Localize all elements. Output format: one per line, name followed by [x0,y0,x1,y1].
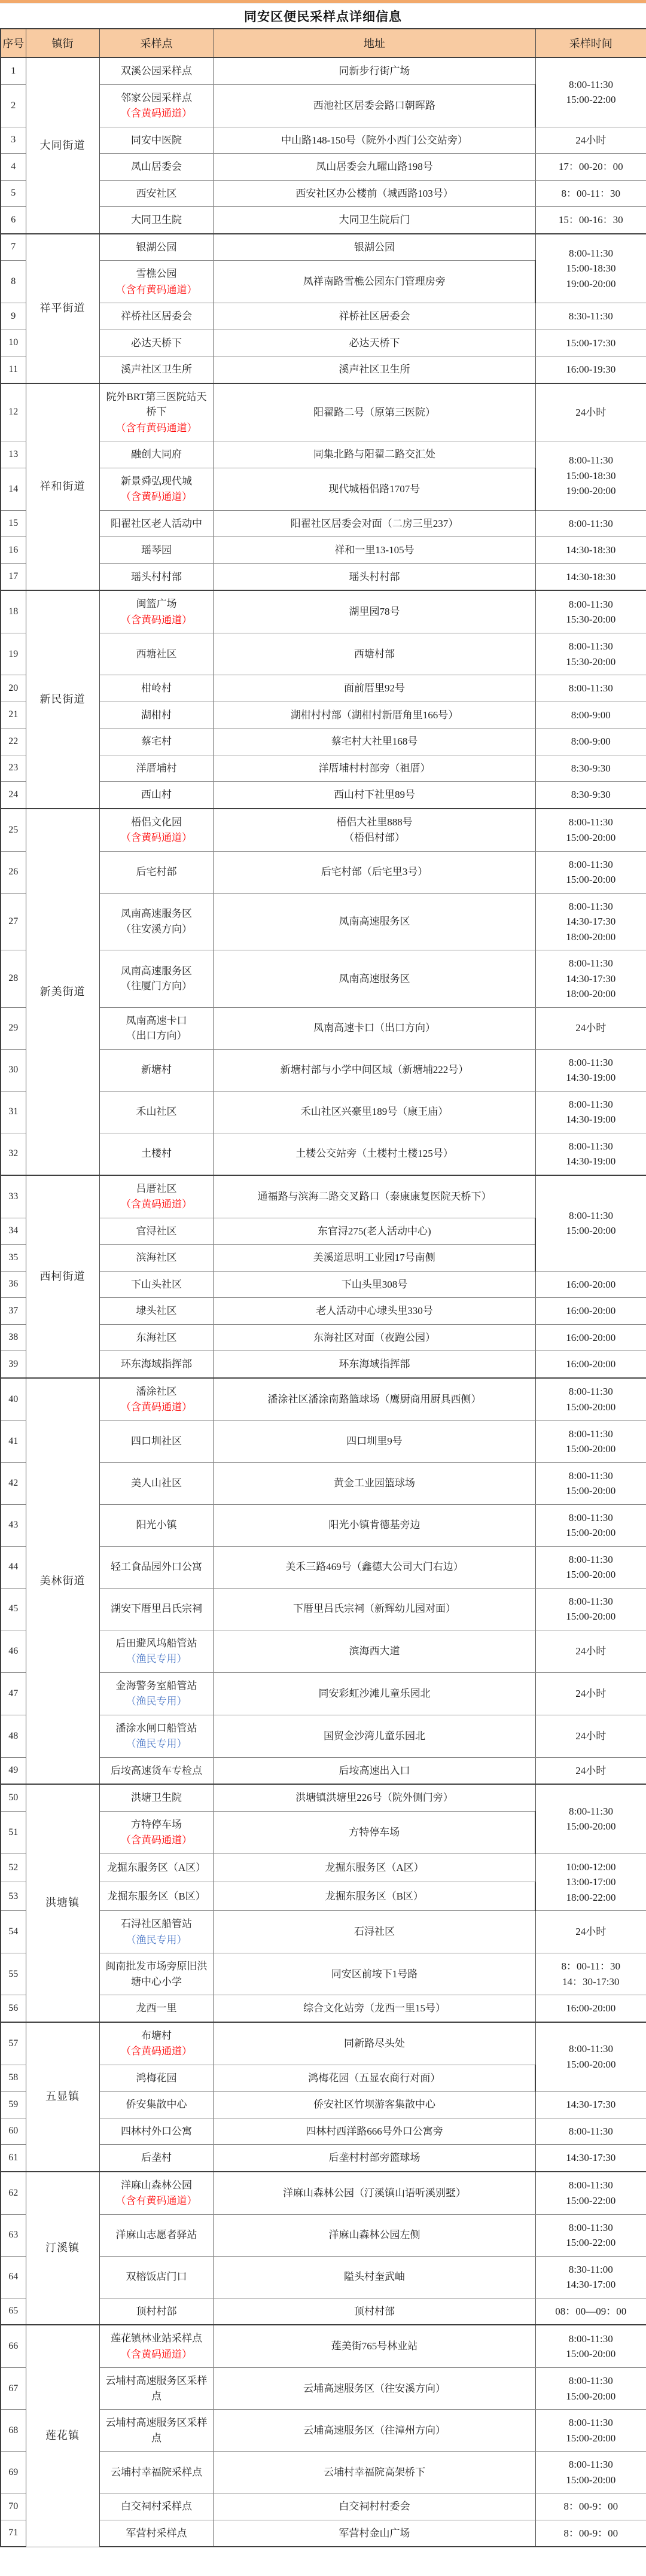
cell-site: 雪樵公园（含有黄码通道） [99,261,214,303]
address-text: 禾山社区兴豪里189号（康王庙） [219,1104,531,1120]
cell-address: 莲美街765号林业站 [214,2325,535,2368]
site-note: （含黄码通道） [105,1833,209,1848]
cell-row-number: 64 [1,2256,26,2298]
site-name: 凤南高速卡口 （出口方向） [105,1013,209,1044]
site-name: 美人山社区 [105,1476,209,1491]
cell-time: 8:00-11:30 15:30-20:00 [535,590,646,633]
time-text: 8:00-11:30 15:00-20:00 [541,1594,642,1624]
cell-site: 下山头社区 [99,1271,214,1298]
time-text: 24小时 [541,405,642,420]
cell-time: 8:00-11:30 15:00-20:00 [535,851,646,893]
cell-address: 梧侣大社里888号 （梧侣村部） [214,809,535,852]
cell-address: 同安彩虹沙滩儿童乐园北 [214,1672,535,1715]
cell-time: 8:00-11:30 14:30-17:30 18:00-20:00 [535,893,646,950]
site-name: 洪塘卫生院 [105,1790,209,1806]
cell-site: 洋麻山森林公园（含有黄码通道） [99,2172,214,2215]
cell-site: 埭头社区 [99,1298,214,1325]
cell-address: 西塘村部 [214,633,535,675]
cell-site: 禾山社区 [99,1091,214,1133]
cell-row-number: 50 [1,1784,26,1811]
cell-row-number: 25 [1,809,26,852]
cell-row-number: 41 [1,1420,26,1462]
table-row: 62汀溪镇洋麻山森林公园（含有黄码通道）洋麻山森林公园（汀溪镇山语听溪别墅）8:… [1,2172,646,2215]
cell-row-number: 31 [1,1091,26,1133]
cell-address: 洪塘镇洪塘里226号（院外侧门旁） [214,1784,535,1811]
cell-time: 8:00-11:30 15:00-20:00 [535,1784,646,1853]
cell-row-number: 15 [1,510,26,537]
cell-time: 8:00-11:30 14:30-19:00 [535,1091,646,1133]
cell-site: 顶村村部 [99,2298,214,2325]
cell-site: 柑岭村 [99,675,214,702]
cell-row-number: 22 [1,728,26,755]
cell-row-number: 67 [1,2368,26,2410]
cell-address: 龙掘东服务区（B区） [214,1882,535,1911]
site-name: 梧侣文化园 [105,815,209,830]
cell-time: 8:00-11:30 15:00-20:00 [535,2325,646,2368]
cell-address: 洋厝埔村村部旁（祖厝） [214,755,535,782]
site-note: （含黄码通道） [105,2347,209,2362]
time-text: 24小时 [541,1020,642,1036]
cell-site: 布塘村（含黄码通道） [99,2022,214,2065]
cell-row-number: 43 [1,1504,26,1546]
address-text: 云埔村幸福院高架桥下 [219,2465,531,2480]
cell-address: 东官浔275(老人活动中心) [214,1218,535,1245]
time-text: 8:00-11:30 15:00-22:00 [541,2178,642,2208]
cell-time: 8:00-9:00 [535,702,646,728]
cell-time: 8:00-11:30 15:00-20:00 [535,2022,646,2092]
time-text: 8:00-11:30 15:00-22:00 [541,77,641,108]
cell-time: 16:00-20:00 [535,1995,646,2022]
address-text: 云埔高速服务区（往安溪方向） [219,2381,531,2397]
address-text: 西安社区办公楼前（城西路103号） [219,186,531,202]
cell-row-number: 3 [1,127,26,154]
cell-time: 8:00-11:30 15:00-22:00 [535,2172,646,2215]
address-text: 土楼公交站旁（土楼村土楼125号） [219,1146,531,1162]
cell-row-number: 58 [1,2065,26,2092]
cell-row-number: 17 [1,563,26,590]
site-name: 吕厝社区 [105,1181,209,1197]
time-text: 8:00-11:30 14:30-19:00 [541,1097,642,1127]
site-name: 滨海社区 [105,1250,209,1266]
cell-row-number: 52 [1,1853,26,1882]
address-text: 潘涂社区潘涂南路篮球场（鹰厨商用厨具西侧） [219,1392,531,1407]
cell-time: 8:00-11:30 15:00-20:00 [535,1504,646,1546]
cell-time: 8:00-11:30 15:30-20:00 [535,633,646,675]
cell-address: 阳光小镇肯德基旁边 [214,1504,535,1546]
time-text: 10:00-12:00 13:00-17:00 18:00-22:00 [541,1859,641,1906]
cell-time: 8:00-11:30 15:00-20:00 [535,2452,646,2493]
cell-site: 洪塘卫生院 [99,1784,214,1811]
cell-address: 西池社区居委会路口朝晖路 [214,84,535,127]
time-text: 8:00-11:30 15:00-20:00 [541,1804,641,1834]
cell-time: 8:00-11:30 15:00-20:00 [535,2368,646,2410]
cell-address: 鸿梅花园（五显农商行对面） [214,2065,535,2092]
address-text: 后宅村部（后宅里3号） [219,864,531,880]
cell-town: 汀溪镇 [26,2172,99,2325]
address-text: 老人活动中心埭头里330号 [219,1303,531,1319]
cell-site: 龙西一里 [99,1995,214,2022]
cell-site: 美人山社区 [99,1462,214,1504]
page-title: 同安区便民采样点详细信息 [244,7,402,25]
cell-address: 滨海西大道 [214,1630,535,1672]
cell-time: 8:00-11:30 15:00-22:00 [535,57,646,127]
address-text: 凤山居委会九曜山路198号 [219,159,531,175]
time-text: 14:30-18:30 [541,569,642,585]
table-row: 57五显镇布塘村（含黄码通道）同新路尽头处8:00-11:30 15:00-20… [1,2022,646,2065]
site-name: 潘涂社区 [105,1384,209,1400]
cell-site: 滨海社区 [99,1245,214,1272]
cell-time: 24小时 [535,1630,646,1672]
site-name: 雪樵公园 [105,266,209,282]
cell-site: 后垄村 [99,2145,214,2172]
cell-town: 洪塘镇 [26,1784,99,2022]
cell-time: 24小时 [535,1672,646,1715]
site-name: 布塘村 [105,2028,209,2044]
address-text: 隘头村奎武岫 [219,2269,531,2285]
site-name: 洋麻山志愿者驿站 [105,2227,209,2243]
cell-site: 轻工食品园外口公寓 [99,1546,214,1588]
site-name: 湖柑村 [105,708,209,723]
address-text: 滨海西大道 [219,1644,531,1659]
time-text: 24小时 [541,1644,642,1659]
address-text: 四林村西洋路666号外口公寓旁 [219,2124,531,2139]
cell-time: 8:00-11:30 15:00-20:00 [535,1588,646,1630]
site-name: 洋麻山森林公园 [105,2178,209,2193]
site-name: 阳光小镇 [105,1517,209,1533]
cell-site: 龙掘东服务区（B区） [99,1882,214,1911]
site-name: 土楼村 [105,1146,209,1162]
cell-site: 西塘社区 [99,633,214,675]
site-name: 凤南高速服务区 （往安溪方向） [105,906,209,937]
cell-site: 潘涂水闸口船管站（渔民专用） [99,1715,214,1757]
cell-address: 侨安社区竹坝游客集散中心 [214,2092,535,2118]
site-name: 下山头社区 [105,1277,209,1292]
time-text: 8:00-11:30 15:00-20:00 [541,1384,642,1414]
cell-address: 美禾三路469号（鑫德大公司大门右边） [214,1546,535,1588]
site-name: 后垄村 [105,2150,209,2166]
cell-address: 凤南高速卡口（出口方向） [214,1007,535,1049]
cell-site: 云埔村幸福院采样点 [99,2452,214,2493]
time-text: 8:00-11:30 15:30-20:00 [541,597,642,627]
cell-site: 湖柑村 [99,702,214,728]
cell-site: 洋厝埔村 [99,755,214,782]
time-text: 8:00-11:30 15:00-20:00 [541,1468,642,1499]
address-text: 国贸金沙湾儿童乐园北 [219,1728,531,1744]
cell-time: 8:00-11:30 [535,675,646,702]
address-text: 阳翟社区居委会对面（二房三里237） [219,516,531,532]
cell-time: 8:30-11:30 [535,303,646,330]
table-row: 18新民街道闽篮广场（含黄码通道）湖里园78号8:00-11:30 15:30-… [1,590,646,633]
time-text: 8:00-11:30 14:30-19:00 [541,1139,642,1169]
cell-time: 8:00-9:00 [535,728,646,755]
cell-row-number: 10 [1,330,26,356]
time-text: 8：00-11：30 14：30-17:30 [541,1959,642,1989]
cell-time: 16:00-20:00 [535,1324,646,1351]
time-text: 8:30-11:00 14:30-17:00 [541,2262,642,2293]
cell-site: 祥桥社区居委会 [99,303,214,330]
time-text: 8:00-11:30 15:00-18:30 19:00-20:00 [541,453,641,499]
time-text: 24小时 [541,1924,642,1940]
cell-row-number: 55 [1,1953,26,1995]
cell-site: 洋麻山志愿者驿站 [99,2214,214,2256]
cell-site: 同安中医院 [99,127,214,154]
col-header-site: 采样点 [99,29,214,57]
site-name: 凤南高速服务区 （往厦门方向） [105,964,209,994]
table-body: 1大同街道双溪公园采样点同新步行街广场8:00-11:30 15:00-22:0… [1,57,646,2547]
time-text: 24小时 [541,1728,642,1744]
col-header-time: 采样时间 [535,29,646,57]
cell-address: 云埔村幸福院高架桥下 [214,2452,535,2493]
cell-town: 美林街道 [26,1378,99,1785]
cell-address: 龙掘东服务区（A区） [214,1853,535,1882]
site-name: 双榕饭店门口 [105,2269,209,2285]
cell-address: 同安区前垵下1号路 [214,1953,535,1995]
address-text: 银湖公园 [219,240,531,255]
table-header: 序号 镇街 采样点 地址 采样时间 [1,29,646,57]
cell-time: 8:00-11:30 [535,2118,646,2145]
address-text: 凤南高速服务区 [219,971,531,987]
site-name: 新塘村 [105,1062,209,1078]
cell-row-number: 54 [1,1911,26,1953]
time-text: 16:00-19:30 [541,362,642,377]
time-text: 8:00-11:30 15:00-20:00 [541,1208,641,1239]
cell-site: 鸿梅花园 [99,2065,214,2092]
cell-row-number: 13 [1,441,26,468]
cell-row-number: 38 [1,1324,26,1351]
site-name: 大同卫生院 [105,212,209,228]
site-name: 军营村采样点 [105,2526,209,2541]
cell-address: 土楼公交站旁（土楼村土楼125号） [214,1133,535,1175]
cell-row-number: 32 [1,1133,26,1175]
site-name: 后宅村部 [105,864,209,880]
cell-time: 8:00-11:30 15:00-20:00 [535,1378,646,1421]
address-text: 湖里园78号 [219,604,531,620]
address-text: 龙掘东服务区（A区） [219,1860,531,1876]
cell-time: 24小时 [535,383,646,441]
site-name: 东海社区 [105,1330,209,1346]
site-name: 凤山居委会 [105,159,209,175]
cell-row-number: 65 [1,2298,26,2325]
cell-time: 8:00-11:30 [535,510,646,537]
cell-time: 8:00-11:30 15:00-20:00 [535,1420,646,1462]
time-text: 8:00-11:30 15:00-20:00 [541,1552,642,1583]
cell-row-number: 39 [1,1351,26,1378]
cell-address: 顶村村部 [214,2298,535,2325]
cell-address: 潘涂社区潘涂南路篮球场（鹰厨商用厨具西侧） [214,1378,535,1421]
cell-site: 湖安下厝里吕氏宗祠 [99,1588,214,1630]
time-text: 8:00-11:30 15:30-20:00 [541,639,642,669]
cell-site: 瑶头村村部 [99,563,214,590]
cell-address: 方特停车场 [214,1811,535,1853]
site-name: 云埔村高速服务区采样点 [105,2415,209,2446]
cell-address: 四口圳里9号 [214,1420,535,1462]
cell-site: 梧侣文化园（含黄码通道） [99,809,214,852]
address-text: 必达天桥下 [219,336,531,351]
cell-address: 面前厝里92号 [214,675,535,702]
cell-time: 10:00-12:00 13:00-17:00 18:00-22:00 [535,1853,646,1911]
site-name: 西安社区 [105,186,209,202]
cell-row-number: 24 [1,782,26,809]
cell-row-number: 59 [1,2092,26,2118]
cell-address: 湖里园78号 [214,590,535,633]
cell-time: 8:00-11:30 15:00-20:00 [535,809,646,852]
address-text: 下山头里308号 [219,1277,531,1292]
cell-address: 西安社区办公楼前（城西路103号） [214,180,535,207]
cell-address: 同新步行街广场 [214,57,535,84]
cell-time: 8:00-11:30 14:30-19:00 [535,1133,646,1175]
cell-site: 环东海域指挥部 [99,1351,214,1378]
address-text: 云埔高速服务区（往漳州方向） [219,2423,531,2438]
address-text: 通福路与滨海二路交叉路口（泰康康复医院天桥下） [219,1189,531,1205]
cell-town: 大同街道 [26,57,99,234]
cell-time: 8:00-11:30 15:00-22:00 [535,2214,646,2256]
cell-address: 中山路148-150号（院外小西门公交站旁） [214,127,535,154]
table-row: 40美林街道潘涂社区（含黄码通道）潘涂社区潘涂南路篮球场（鹰厨商用厨具西侧）8:… [1,1378,646,1421]
cell-address: 四林村西洋路666号外口公寓旁 [214,2118,535,2145]
time-text: 8:00-11:30 [541,2124,642,2139]
cell-address: 洋麻山森林公园左侧 [214,2214,535,2256]
cell-address: 通福路与滨海二路交叉路口（泰康康复医院天桥下） [214,1175,535,1218]
time-text: 14:30-18:30 [541,542,642,558]
cell-row-number: 44 [1,1546,26,1588]
address-text: 洋麻山森林公园左侧 [219,2227,531,2243]
site-name: 白交祠村采样点 [105,2499,209,2514]
cell-site: 方特停车场（含黄码通道） [99,1811,214,1853]
site-name: 后垵高速货车专检点 [105,1763,209,1779]
cell-town: 五显镇 [26,2022,99,2172]
cell-town: 西柯街道 [26,1175,99,1378]
cell-row-number: 60 [1,2118,26,2145]
cell-time: 8:00-11:30 15:00-18:30 19:00-20:00 [535,234,646,303]
cell-address: 云埔高速服务区（往安溪方向） [214,2368,535,2410]
time-text: 8:00-11:30 15:00-20:00 [541,857,642,888]
cell-address: 东海社区对面（夜跑公园） [214,1324,535,1351]
cell-row-number: 37 [1,1298,26,1325]
address-text: 溪声社区卫生所 [219,362,531,377]
time-text: 8:00-9:00 [541,708,642,723]
cell-town: 祥平街道 [26,234,99,383]
cell-time: 24小时 [535,1007,646,1049]
cell-row-number: 12 [1,383,26,441]
cell-address: 现代城梧侣路1707号 [214,468,535,510]
cell-time: 8:00-11:30 15:00-20:00 [535,1175,646,1272]
address-text: 瑶头村村部 [219,569,531,585]
col-header-address: 地址 [214,29,535,57]
site-note: （含有黄码通道） [105,282,209,298]
cell-address: 阳翟路二号（原第三医院） [214,383,535,441]
address-text: 阳翟路二号（原第三医院） [219,405,531,420]
cell-time: 24小时 [535,127,646,154]
time-text: 8:00-9:00 [541,734,642,749]
address-text: 莲美街765号林业站 [219,2339,531,2354]
site-name: 龙掘东服务区（B区） [105,1889,209,1904]
time-text: 8:00-11:30 15:00-20:00 [541,815,642,845]
site-name: 金海警务室船管站 [105,1678,209,1694]
cell-row-number: 57 [1,2022,26,2065]
cell-row-number: 23 [1,755,26,782]
cell-site: 龙掘东服务区（A区） [99,1853,214,1882]
cell-row-number: 21 [1,702,26,728]
cell-address: 凤南高速服务区 [214,950,535,1008]
col-header-index: 序号 [1,29,26,57]
site-note: （渔民专用） [105,1651,209,1667]
cell-time: 14:30-18:30 [535,537,646,564]
site-name: 环东海域指挥部 [105,1356,209,1372]
site-name: 院外BRT第三医院站天桥下 [105,389,209,420]
cell-site: 侨安集散中心 [99,2092,214,2118]
cell-site: 西山村 [99,782,214,809]
address-text: 龙掘东服务区（B区） [219,1889,531,1904]
address-text: 阳光小镇肯德基旁边 [219,1517,531,1533]
cell-address: 凤祥南路雪樵公园东门管理房旁 [214,261,535,303]
cell-row-number: 1 [1,57,26,84]
site-name: 顶村村部 [105,2304,209,2319]
cell-site: 凤南高速服务区 （往厦门方向） [99,950,214,1008]
site-name: 必达天桥下 [105,336,209,351]
cell-row-number: 48 [1,1715,26,1757]
cell-row-number: 40 [1,1378,26,1421]
cell-address: 综合文化站旁（龙西一里15号） [214,1995,535,2022]
time-text: 8:00-11:30 15:00-20:00 [541,2041,641,2072]
time-text: 8:00-11:30 14:30-17:30 18:00-20:00 [541,956,642,1002]
cell-site: 融创大同府 [99,441,214,468]
cell-address: 洋麻山森林公园（汀溪镇山语听溪别墅） [214,2172,535,2215]
cell-town: 莲花镇 [26,2325,99,2547]
cell-site: 云埔村高速服务区采样点 [99,2410,214,2452]
address-text: 军营村金山广场 [219,2526,531,2541]
address-text: 洪塘镇洪塘里226号（院外侧门旁） [219,1790,531,1806]
address-text: 美溪道思明工业园17号南侧 [219,1250,531,1266]
cell-address: 下山头里308号 [214,1271,535,1298]
cell-row-number: 19 [1,633,26,675]
cell-time: 8:00-11:30 15:00-20:00 [535,1546,646,1588]
cell-address: 老人活动中心埭头里330号 [214,1298,535,1325]
time-text: 24小时 [541,1686,642,1702]
cell-time: 08：00—09：00 [535,2298,646,2325]
site-name: 龙掘东服务区（A区） [105,1860,209,1876]
cell-row-number: 5 [1,180,26,207]
cell-row-number: 42 [1,1462,26,1504]
time-text: 16:00-20:00 [541,1303,642,1319]
site-note: （含黄码通道） [105,106,209,121]
cell-site: 闽南批发市场旁原旧洪塘中心小学 [99,1953,214,1995]
cell-site: 阳翟社区老人活动中 [99,510,214,537]
site-note: （含黄码通道） [105,489,209,505]
site-note: （渔民专用） [105,1932,209,1948]
cell-address: 凤南高速服务区 [214,893,535,950]
address-text: 东海社区对面（夜跑公园） [219,1330,531,1346]
sampling-points-table: 序号 镇街 采样点 地址 采样时间 1大同街道双溪公园采样点同新步行街广场8:0… [0,28,646,2547]
cell-site: 阳光小镇 [99,1504,214,1546]
site-name: 瑶琴园 [105,542,209,558]
table-row: 7祥平街道银湖公园银湖公园8:00-11:30 15:00-18:30 19:0… [1,234,646,261]
cell-site: 吕厝社区（含黄码通道） [99,1175,214,1218]
cell-site: 军营村采样点 [99,2520,214,2547]
site-name: 方特停车场 [105,1817,209,1833]
site-note: （含黄码通道） [105,1400,209,1415]
address-text: 大同卫生院后门 [219,212,531,228]
cell-site: 溪声社区卫生所 [99,356,214,383]
site-name: 闽篮广场 [105,596,209,612]
cell-address: 西山村下社里89号 [214,782,535,809]
cell-site: 东海社区 [99,1324,214,1351]
time-text: 8:00-11:30 15:00-22:00 [541,2220,642,2251]
cell-time: 8:00-11:30 15:00-20:00 [535,1462,646,1504]
site-note: （渔民专用） [105,1694,209,1709]
cell-row-number: 70 [1,2493,26,2520]
address-text: 西塘村部 [219,647,531,662]
time-text: 8:00-11:30 [541,516,642,532]
